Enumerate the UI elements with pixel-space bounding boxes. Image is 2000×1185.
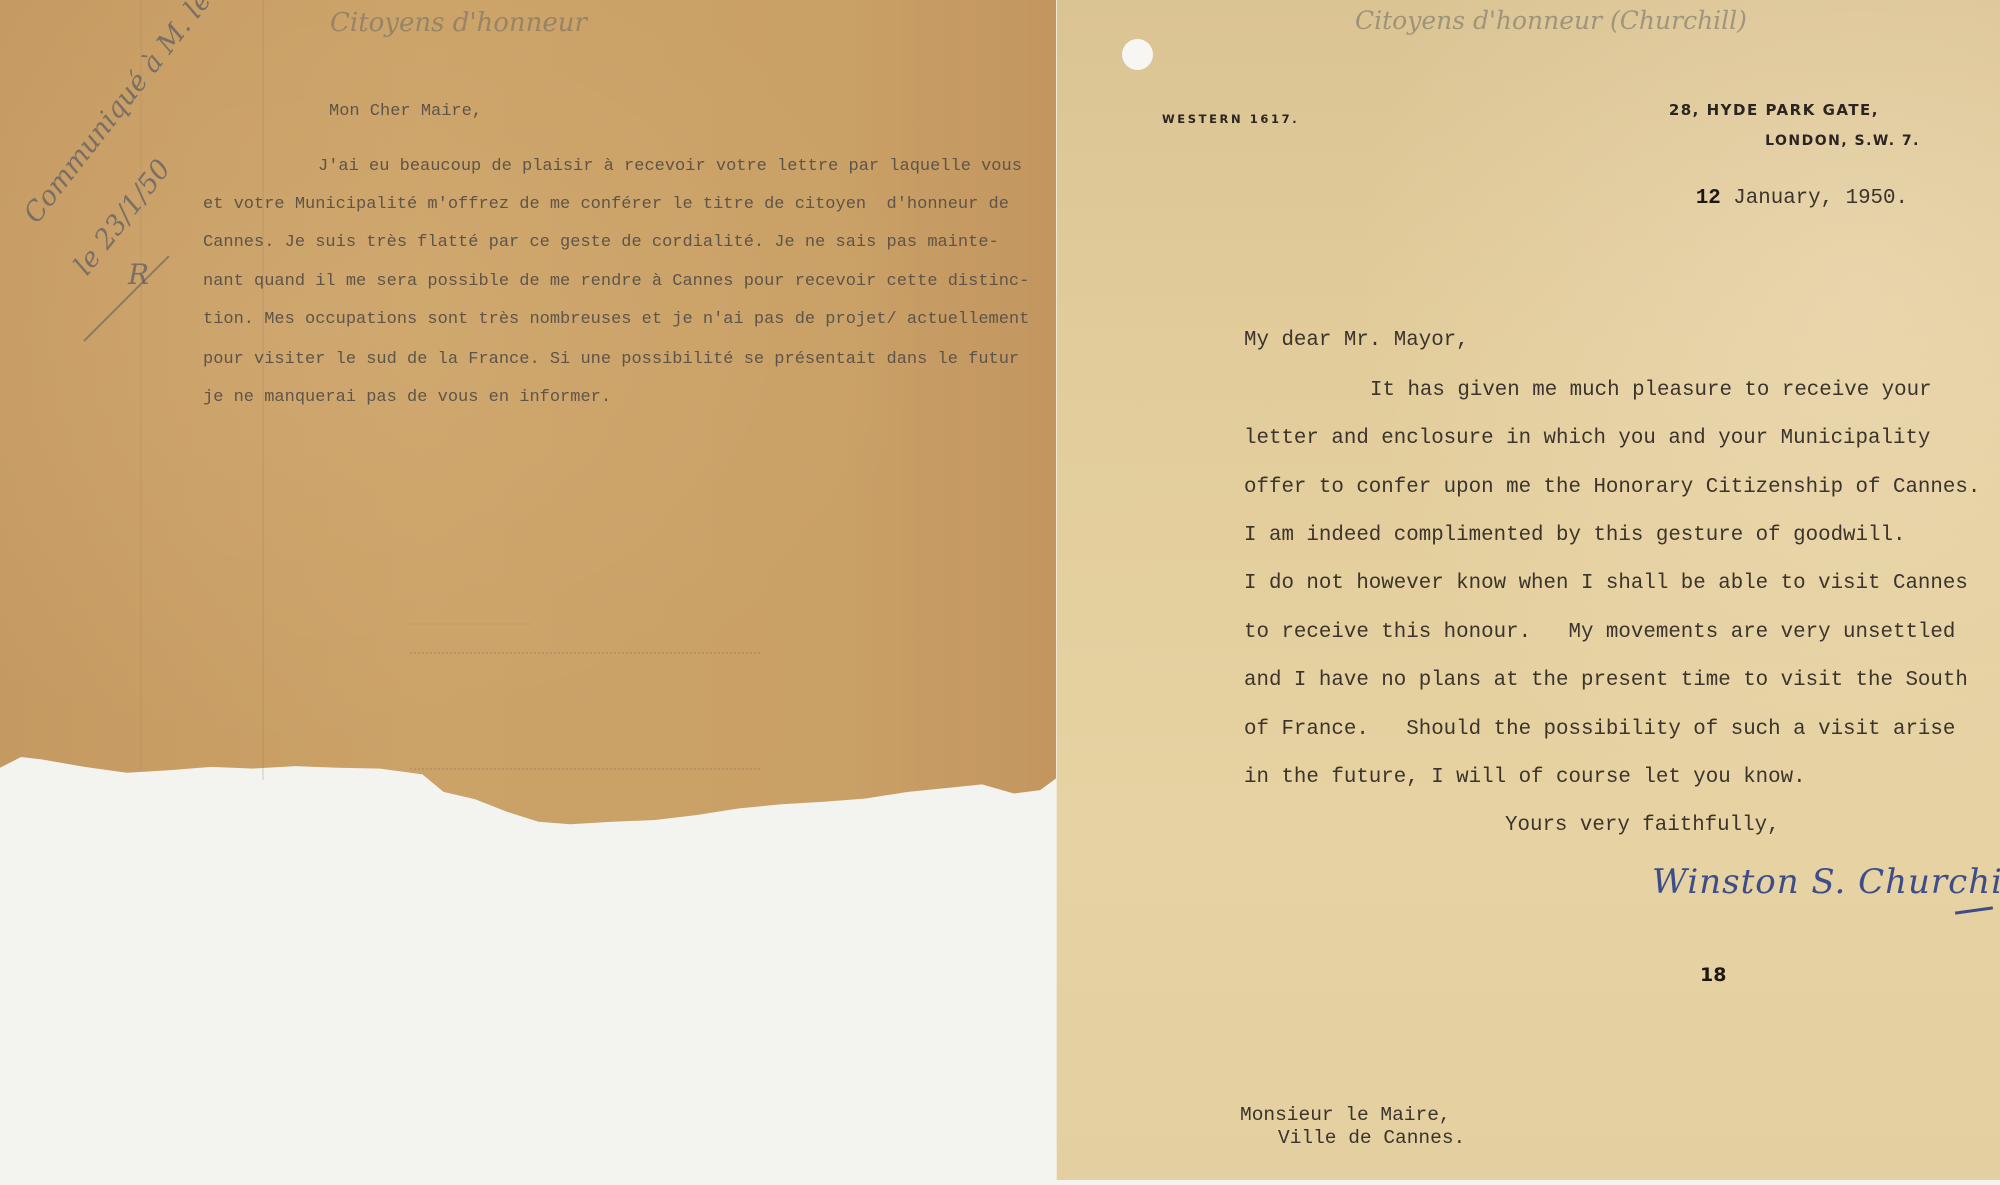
letter-date: 12 January, 1950. (1696, 187, 1908, 210)
recipient-line1: Monsieur le Maire, (1240, 1104, 1451, 1126)
closing: Yours very faithfully, (1505, 814, 1780, 837)
margin-initial: R (128, 258, 149, 291)
fold-line (140, 0, 142, 770)
body-line: in the future, I will of course let you … (1244, 766, 1806, 789)
letterhead-address-line1: 28, HYDE PARK GATE, (1669, 101, 1879, 119)
body-line: and I have no plans at the present time … (1244, 669, 1968, 692)
punch-hole (1122, 39, 1153, 70)
right-salutation: My dear Mr. Mayor, (1244, 329, 1469, 352)
ghost-dotted-line (410, 652, 760, 654)
left-letter-sheet (0, 0, 1056, 830)
letterhead-telephone: WESTERN 1617. (1162, 112, 1299, 126)
body-line: I do not however know when I shall be ab… (1244, 572, 1968, 595)
body-line: to receive this honour. My movements are… (1244, 621, 1955, 644)
body-line: I am indeed complimented by this gesture… (1244, 524, 1905, 547)
left-text-line: tion. Mes occupations sont très nombreus… (203, 310, 1029, 329)
body-line: letter and enclosure in which you and yo… (1244, 427, 1930, 450)
left-salutation: Mon Cher Maire, (329, 102, 482, 121)
body-line: offer to confer upon me the Honorary Cit… (1244, 476, 1980, 499)
recipient-line2: Ville de Cannes. (1278, 1127, 1465, 1149)
left-text-line: J'ai eu beaucoup de plaisir à recevoir v… (318, 157, 1022, 176)
ghost-dotted-line (410, 623, 530, 625)
date-month-year: January, 1950. (1721, 187, 1908, 210)
left-text-line: et votre Municipalité m'offrez de me con… (203, 195, 1009, 214)
left-pencil-header: Citoyens d'honneur (330, 8, 587, 38)
signature: Winston S. Churchill (1652, 862, 2000, 902)
secretary-reference-mark: 18 (1700, 964, 1726, 986)
body-line: of France. Should the possibility of suc… (1244, 718, 1955, 741)
date-day: 12 (1696, 187, 1721, 210)
ghost-dotted-line (410, 768, 760, 770)
letterhead-address-line2: LONDON, S.W. 7. (1765, 133, 1920, 149)
left-text-line: Cannes. Je suis très flatté par ce geste… (203, 233, 999, 252)
left-text-line: nant quand il me sera possible de me ren… (203, 272, 1029, 291)
left-text-line: pour visiter le sud de la France. Si une… (203, 350, 1019, 369)
left-text-line: je ne manquerai pas de vous en informer. (203, 388, 611, 407)
body-line: It has given me much pleasure to receive… (1370, 379, 1932, 402)
right-pencil-header: Citoyens d'honneur (Churchill) (1355, 6, 1747, 35)
